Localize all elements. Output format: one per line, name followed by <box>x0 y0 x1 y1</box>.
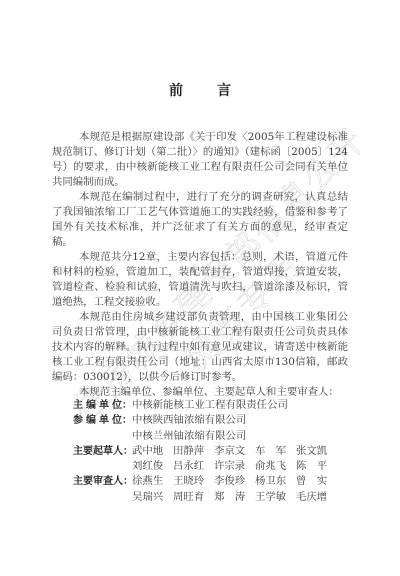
person-name: 武中地 <box>132 444 173 459</box>
paragraph-management: 本规范由住房城乡建设部负责管理，由中国核工业集团公司负责日常管理，由中核新能核工… <box>52 310 348 385</box>
participating-units-row-2: 中核兰州铀浓缩有限公司 <box>73 429 363 444</box>
person-name: 王晓玲 <box>173 474 214 489</box>
main-reviewers-row: 主要审查人： 徐燕生 王晓玲 李俊珍 杨卫东 曾 实 <box>73 474 363 489</box>
person-name: 田静萍 <box>173 444 214 459</box>
signatories-list: 主 编 单 位： 中核新能核工业工程有限责任公司 参 编 单 位： 中核陕西铀浓… <box>73 398 363 505</box>
preface-body: 本规范是根据原建设部《关于印发〈2005年工程建设标准规范制订、修订计划（第二批… <box>52 130 348 400</box>
participating-units-row: 参 编 单 位： 中核陕西铀浓缩有限公司 <box>73 413 363 428</box>
person-name: 车 军 <box>255 444 296 459</box>
drafter-names: 刘红俊 吕永红 许宗录 俞兆飞 陈 平 <box>132 459 363 474</box>
reviewer-names: 徐燕生 王晓玲 李俊珍 杨卫东 曾 实 <box>132 474 363 489</box>
participating-units-label: 参 编 单 位： <box>73 413 132 428</box>
chief-unit-label: 主 编 单 位： <box>73 398 132 413</box>
person-name: 刘红俊 <box>132 459 173 474</box>
paragraph-origin: 本规范是根据原建设部《关于印发〈2005年工程建设标准规范制订、修订计划（第二批… <box>52 130 348 190</box>
page-title: 前言 <box>0 80 400 100</box>
reviewer-names: 吴瑞兴 周旺育 郑 涛 王学敏 毛庆增 <box>132 490 363 505</box>
main-drafters-row-2: 刘红俊 吕永红 许宗录 俞兆飞 陈 平 <box>73 459 363 474</box>
person-name: 周旺育 <box>173 490 214 505</box>
person-name: 许宗录 <box>214 459 255 474</box>
main-drafters-label: 主要起草人： <box>73 444 132 459</box>
main-drafters-row: 主要起草人： 武中地 田静萍 李京文 车 军 张文凯 <box>73 444 363 459</box>
person-name: 曾 实 <box>296 474 337 489</box>
title-char: 言 <box>217 83 265 99</box>
title-char: 前 <box>169 83 217 99</box>
chief-unit-row: 主 编 单 位： 中核新能核工业工程有限责任公司 <box>73 398 363 413</box>
person-name: 毛庆增 <box>296 490 337 505</box>
person-name: 徐燕生 <box>132 474 173 489</box>
person-name: 吕永红 <box>173 459 214 474</box>
drafter-names: 武中地 田静萍 李京文 车 军 张文凯 <box>132 444 363 459</box>
person-name: 李京文 <box>214 444 255 459</box>
paragraph-contents: 本规范共分12章，主要内容包括：总则，术语，管道元件和材料的检验，管道加工，装配… <box>52 250 348 310</box>
participating-unit-value: 中核陕西铀浓缩有限公司 <box>132 413 363 428</box>
main-reviewers-row-2: 吴瑞兴 周旺育 郑 涛 王学敏 毛庆增 <box>73 490 363 505</box>
person-name: 吴瑞兴 <box>132 490 173 505</box>
paragraph-process: 本规范在编制过程中，进行了充分的调查研究，认真总结了我国铀浓缩工厂工艺气体管道施… <box>52 190 348 250</box>
person-name: 王学敏 <box>255 490 296 505</box>
chief-unit-value: 中核新能核工业工程有限责任公司 <box>132 398 363 413</box>
person-name: 郑 涛 <box>214 490 255 505</box>
person-name: 李俊珍 <box>214 474 255 489</box>
main-reviewers-label: 主要审查人： <box>73 474 132 489</box>
document-page: 前言 本规范是根据原建设部《关于印发〈2005年工程建设标准规范制订、修订计划（… <box>0 0 400 576</box>
person-name: 俞兆飞 <box>255 459 296 474</box>
participating-unit-value: 中核兰州铀浓缩有限公司 <box>132 429 363 444</box>
person-name: 杨卫东 <box>255 474 296 489</box>
person-name: 陈 平 <box>296 459 337 474</box>
person-name: 张文凯 <box>296 444 337 459</box>
